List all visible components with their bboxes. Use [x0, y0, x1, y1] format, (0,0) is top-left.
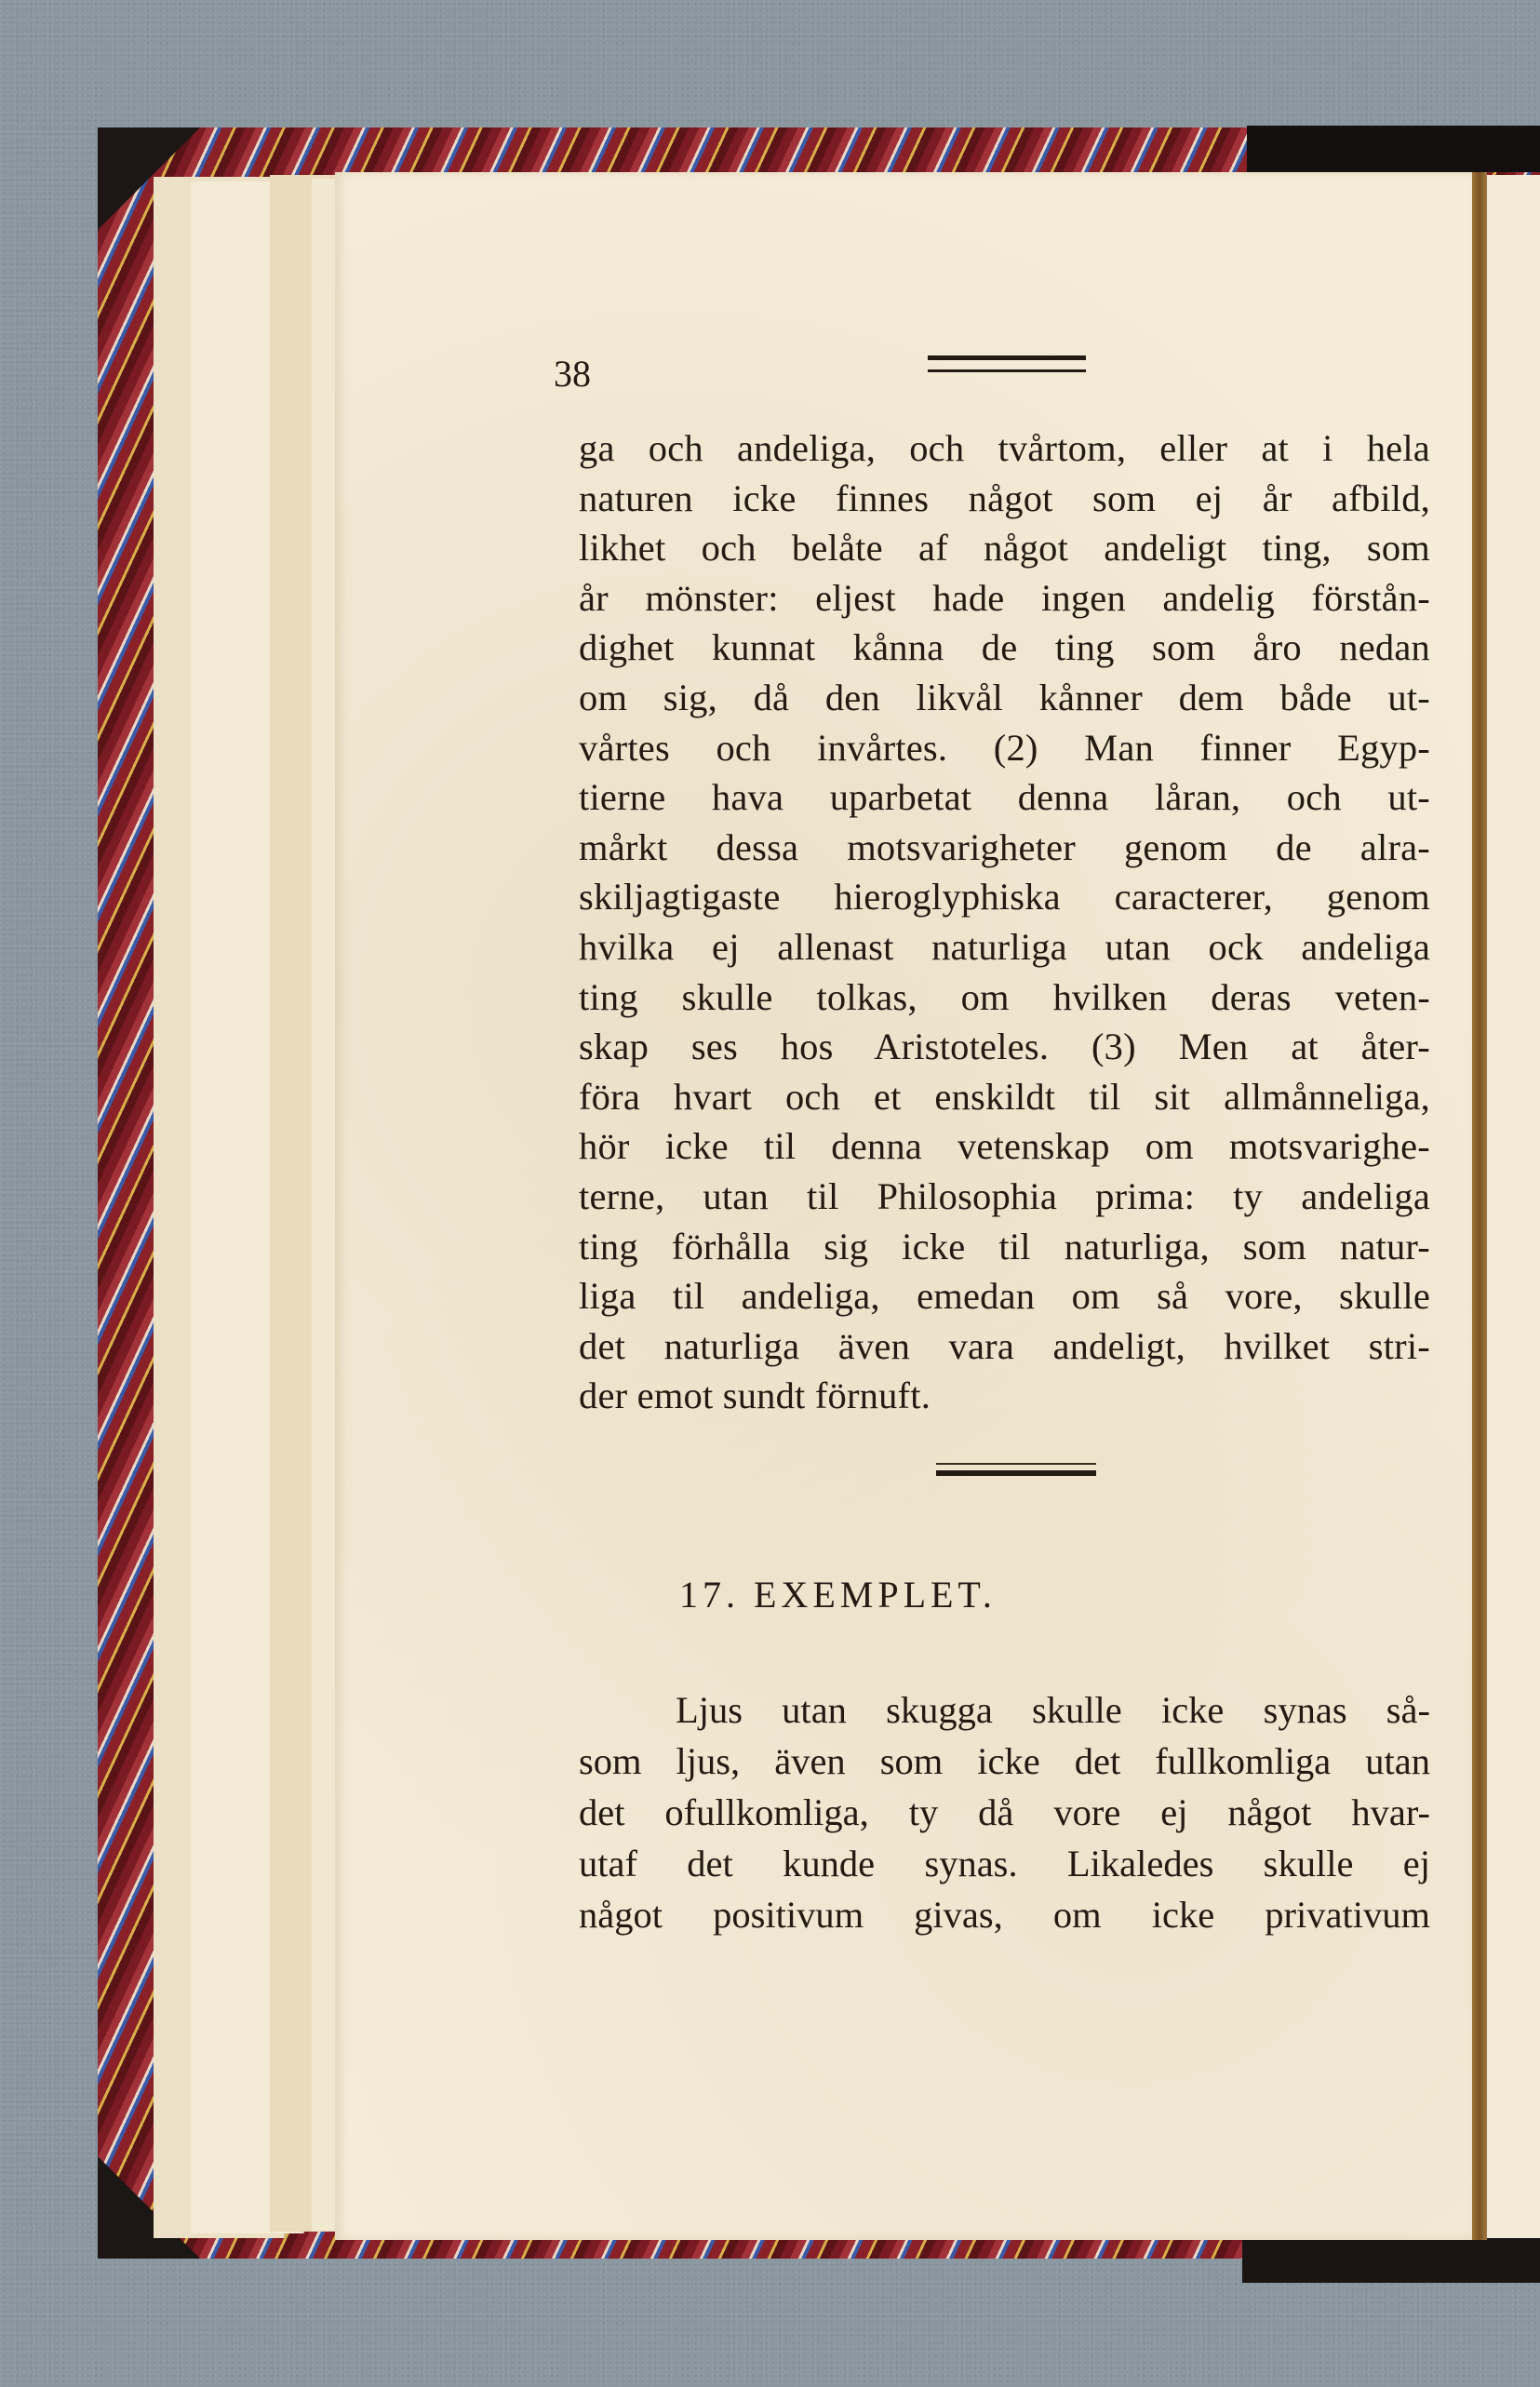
text-line: liga til andeliga, emedan om så vore, sk… [579, 1271, 1430, 1321]
text-line: naturen icke finnes något som ej år afbi… [579, 474, 1430, 524]
text-line: dighet kunnat kånna de ting som åro neda… [579, 623, 1430, 673]
continued-paragraph: ga och andeliga, och tvårtom, eller at i… [579, 423, 1430, 1421]
text-line: år mönster: eljest hade ingen andelig fö… [579, 573, 1430, 624]
text-line: som ljus, även som icke det fullkomliga … [579, 1736, 1430, 1787]
text-line: terne, utan til Philosophia prima: ty an… [579, 1172, 1430, 1222]
facing-page-edge [1487, 175, 1540, 2238]
text-line: Ljus utan skugga skulle icke synas så- [579, 1684, 1430, 1736]
text-line: det ofullkomliga, ty då vore ej något hv… [579, 1787, 1430, 1838]
leather-spine-top [1247, 126, 1540, 172]
page-gutter [1472, 172, 1487, 2240]
text-line: något positivum givas, om icke privativu… [579, 1889, 1430, 1940]
section-heading: 17. EXEMPLET. [679, 1573, 1238, 1616]
header-double-rule [928, 355, 1086, 372]
section-paragraph: Ljus utan skugga skulle icke synas så- s… [579, 1684, 1430, 1940]
text-line: ga och andeliga, och tvårtom, eller at i… [579, 423, 1430, 474]
text-line: likhet och belåte af något andeligt ting… [579, 523, 1430, 573]
text-line: skiljagtigaste hieroglyphiska caracterer… [579, 872, 1430, 922]
section-divider-rule [936, 1463, 1096, 1476]
text-line: hvilka ej allenast naturliga utan ock an… [579, 922, 1430, 972]
text-line: utaf det kunde synas. Likaledes skulle e… [579, 1838, 1430, 1889]
text-line: hör icke til denna vetenskap om motsvari… [579, 1121, 1430, 1172]
leather-spine-bottom [1242, 2238, 1540, 2283]
text-line: vårtes och invårtes. (2) Man finner Egyp… [579, 723, 1430, 773]
text-line: skap ses hos Aristoteles. (3) Men at åte… [579, 1022, 1430, 1072]
text-line: mårkt dessa motsvarigheter genom de alra… [579, 823, 1430, 873]
text-line: der emot sundt förnuft. [579, 1371, 1430, 1421]
text-line: tierne hava uparbetat denna låran, och u… [579, 772, 1430, 823]
text-line: föra hvart och et enskildt til sit allmå… [579, 1072, 1430, 1122]
page-number: 38 [554, 352, 591, 396]
text-line: ting förhålla sig icke til naturliga, so… [579, 1222, 1430, 1272]
text-line: ting skulle tolkas, om hvilken deras vet… [579, 972, 1430, 1023]
text-line: om sig, då den likvål kånner dem både ut… [579, 673, 1430, 723]
text-line: det naturliga även vara andeligt, hvilke… [579, 1321, 1430, 1372]
